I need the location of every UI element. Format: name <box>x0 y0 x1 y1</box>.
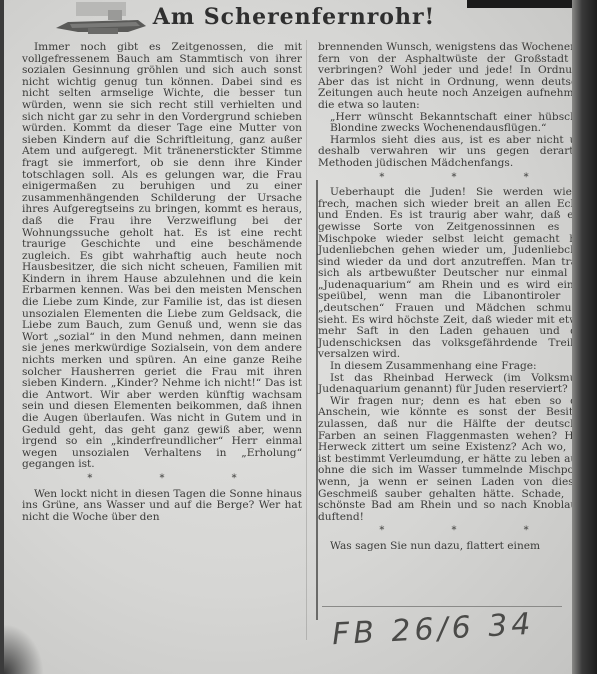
article-paragraph: Was sagen Sie nun dazu, flattert einem <box>318 541 574 553</box>
scan-right-edge <box>572 0 597 674</box>
handwritten-date-note: FB 26/6 34 <box>331 607 535 653</box>
article-paragraph: Ist das Rheinbad Herweck (im Volksmund J… <box>318 373 574 396</box>
article-paragraph: Immer noch gibt es Zeitgenossen, die mit… <box>22 42 302 471</box>
right-column: brennenden Wunsch, wenigstens das Wochen… <box>318 42 574 553</box>
article-paragraph: Harmlos sieht dies aus, ist es aber nich… <box>318 135 574 170</box>
fold-crease <box>306 40 307 640</box>
section-separator: * * * <box>318 172 574 184</box>
article-paragraph: In diesem Zusammenhang eine Frage: <box>318 361 574 373</box>
quoted-advertisement: „Herr wünscht Bekanntschaft einer hübsch… <box>318 112 574 135</box>
scissors-periscope-illustration-icon <box>48 2 152 36</box>
newspaper-clipping: Am Scherenfernrohr! Immer noch gibt es Z… <box>4 0 574 674</box>
left-column: Immer noch gibt es Zeitgenossen, die mit… <box>22 42 302 523</box>
corner-shadow <box>4 624 44 674</box>
article-paragraph: brennenden Wunsch, wenigstens das Wochen… <box>318 42 574 112</box>
section-separator: * * * <box>318 525 574 537</box>
article-paragraph: Wen lockt nicht in diesen Tagen die Sonn… <box>22 489 302 524</box>
section-separator: * * * <box>22 473 302 485</box>
article-paragraph: Ueberhaupt die Juden! Sie werden wieder … <box>318 187 574 361</box>
page-title: Am Scherenfernrohr! <box>144 4 444 30</box>
article-paragraph: Wir fragen nur; denn es hat eben so den … <box>318 396 574 524</box>
